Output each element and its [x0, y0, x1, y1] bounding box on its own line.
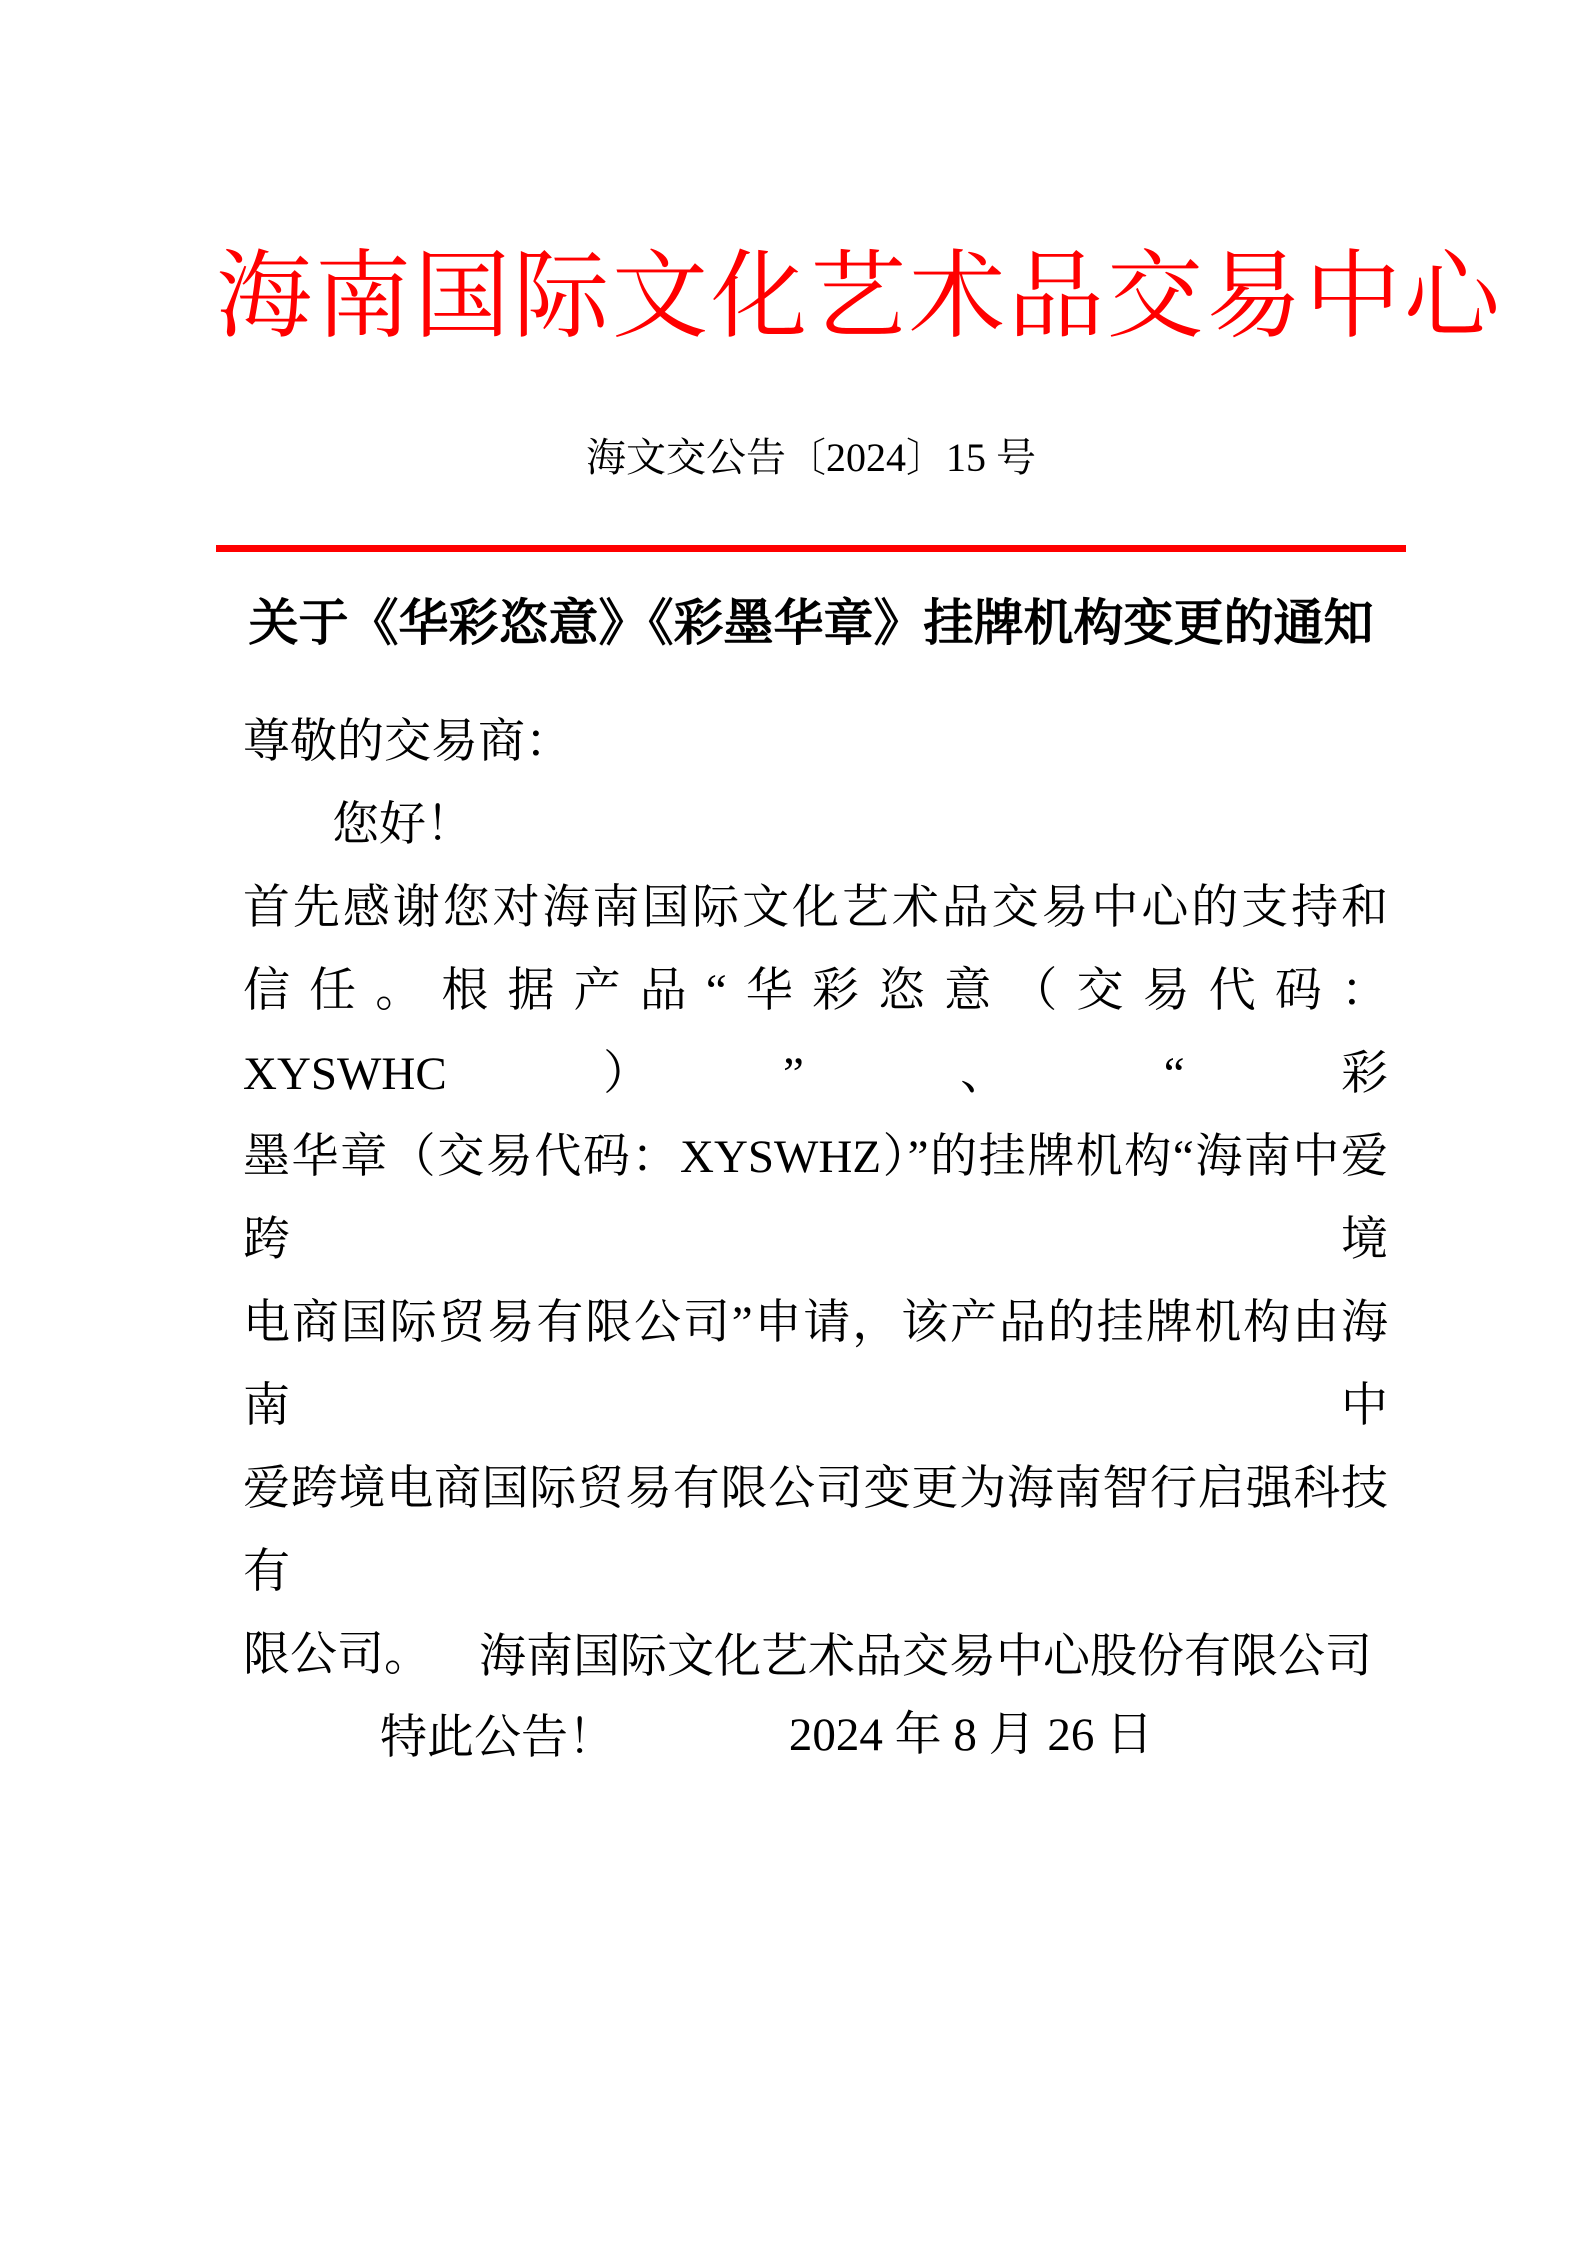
- notice-body: 尊敬的交易商： 您好！ 首先感谢您对海南国际文化艺术品交易中心的支持和 信任。根…: [216, 701, 1406, 1780]
- body-line: 墨华章（交易代码：XYSWHZ）”的挂牌机构“海南中爱跨境: [216, 1116, 1406, 1282]
- body-line: 电商国际贸易有限公司”申请，该产品的挂牌机构由海南中: [216, 1282, 1406, 1448]
- letterhead-title: 海南国际文化艺术品交易中心: [216, 237, 1406, 357]
- body-line: 爱跨境电商国际贸易有限公司变更为海南智行启强科技有: [216, 1448, 1406, 1614]
- notice-document-page: 海南国际文化艺术品交易中心 海文交公告〔2024〕15 号 关于《华彩恣意》《彩…: [0, 0, 1587, 2245]
- salutation: 尊敬的交易商：: [216, 701, 1406, 784]
- greeting: 您好！: [216, 784, 1406, 867]
- notice-heading: 关于《华彩恣意》《彩墨华章》挂牌机构变更的通知: [216, 594, 1406, 652]
- body-line: 信任。根据产品“华彩恣意（交易代码：XYSWHC）”、“彩: [216, 950, 1406, 1116]
- red-divider-rule: [216, 545, 1406, 552]
- signature-company: 海南国际文化艺术品交易中心股份有限公司: [216, 1622, 1372, 1692]
- signature-date: 2024 年 8 月 26 日: [536, 1700, 1406, 1770]
- body-line: 首先感谢您对海南国际文化艺术品交易中心的支持和: [216, 867, 1406, 950]
- document-number: 海文交公告〔2024〕15 号: [216, 432, 1406, 484]
